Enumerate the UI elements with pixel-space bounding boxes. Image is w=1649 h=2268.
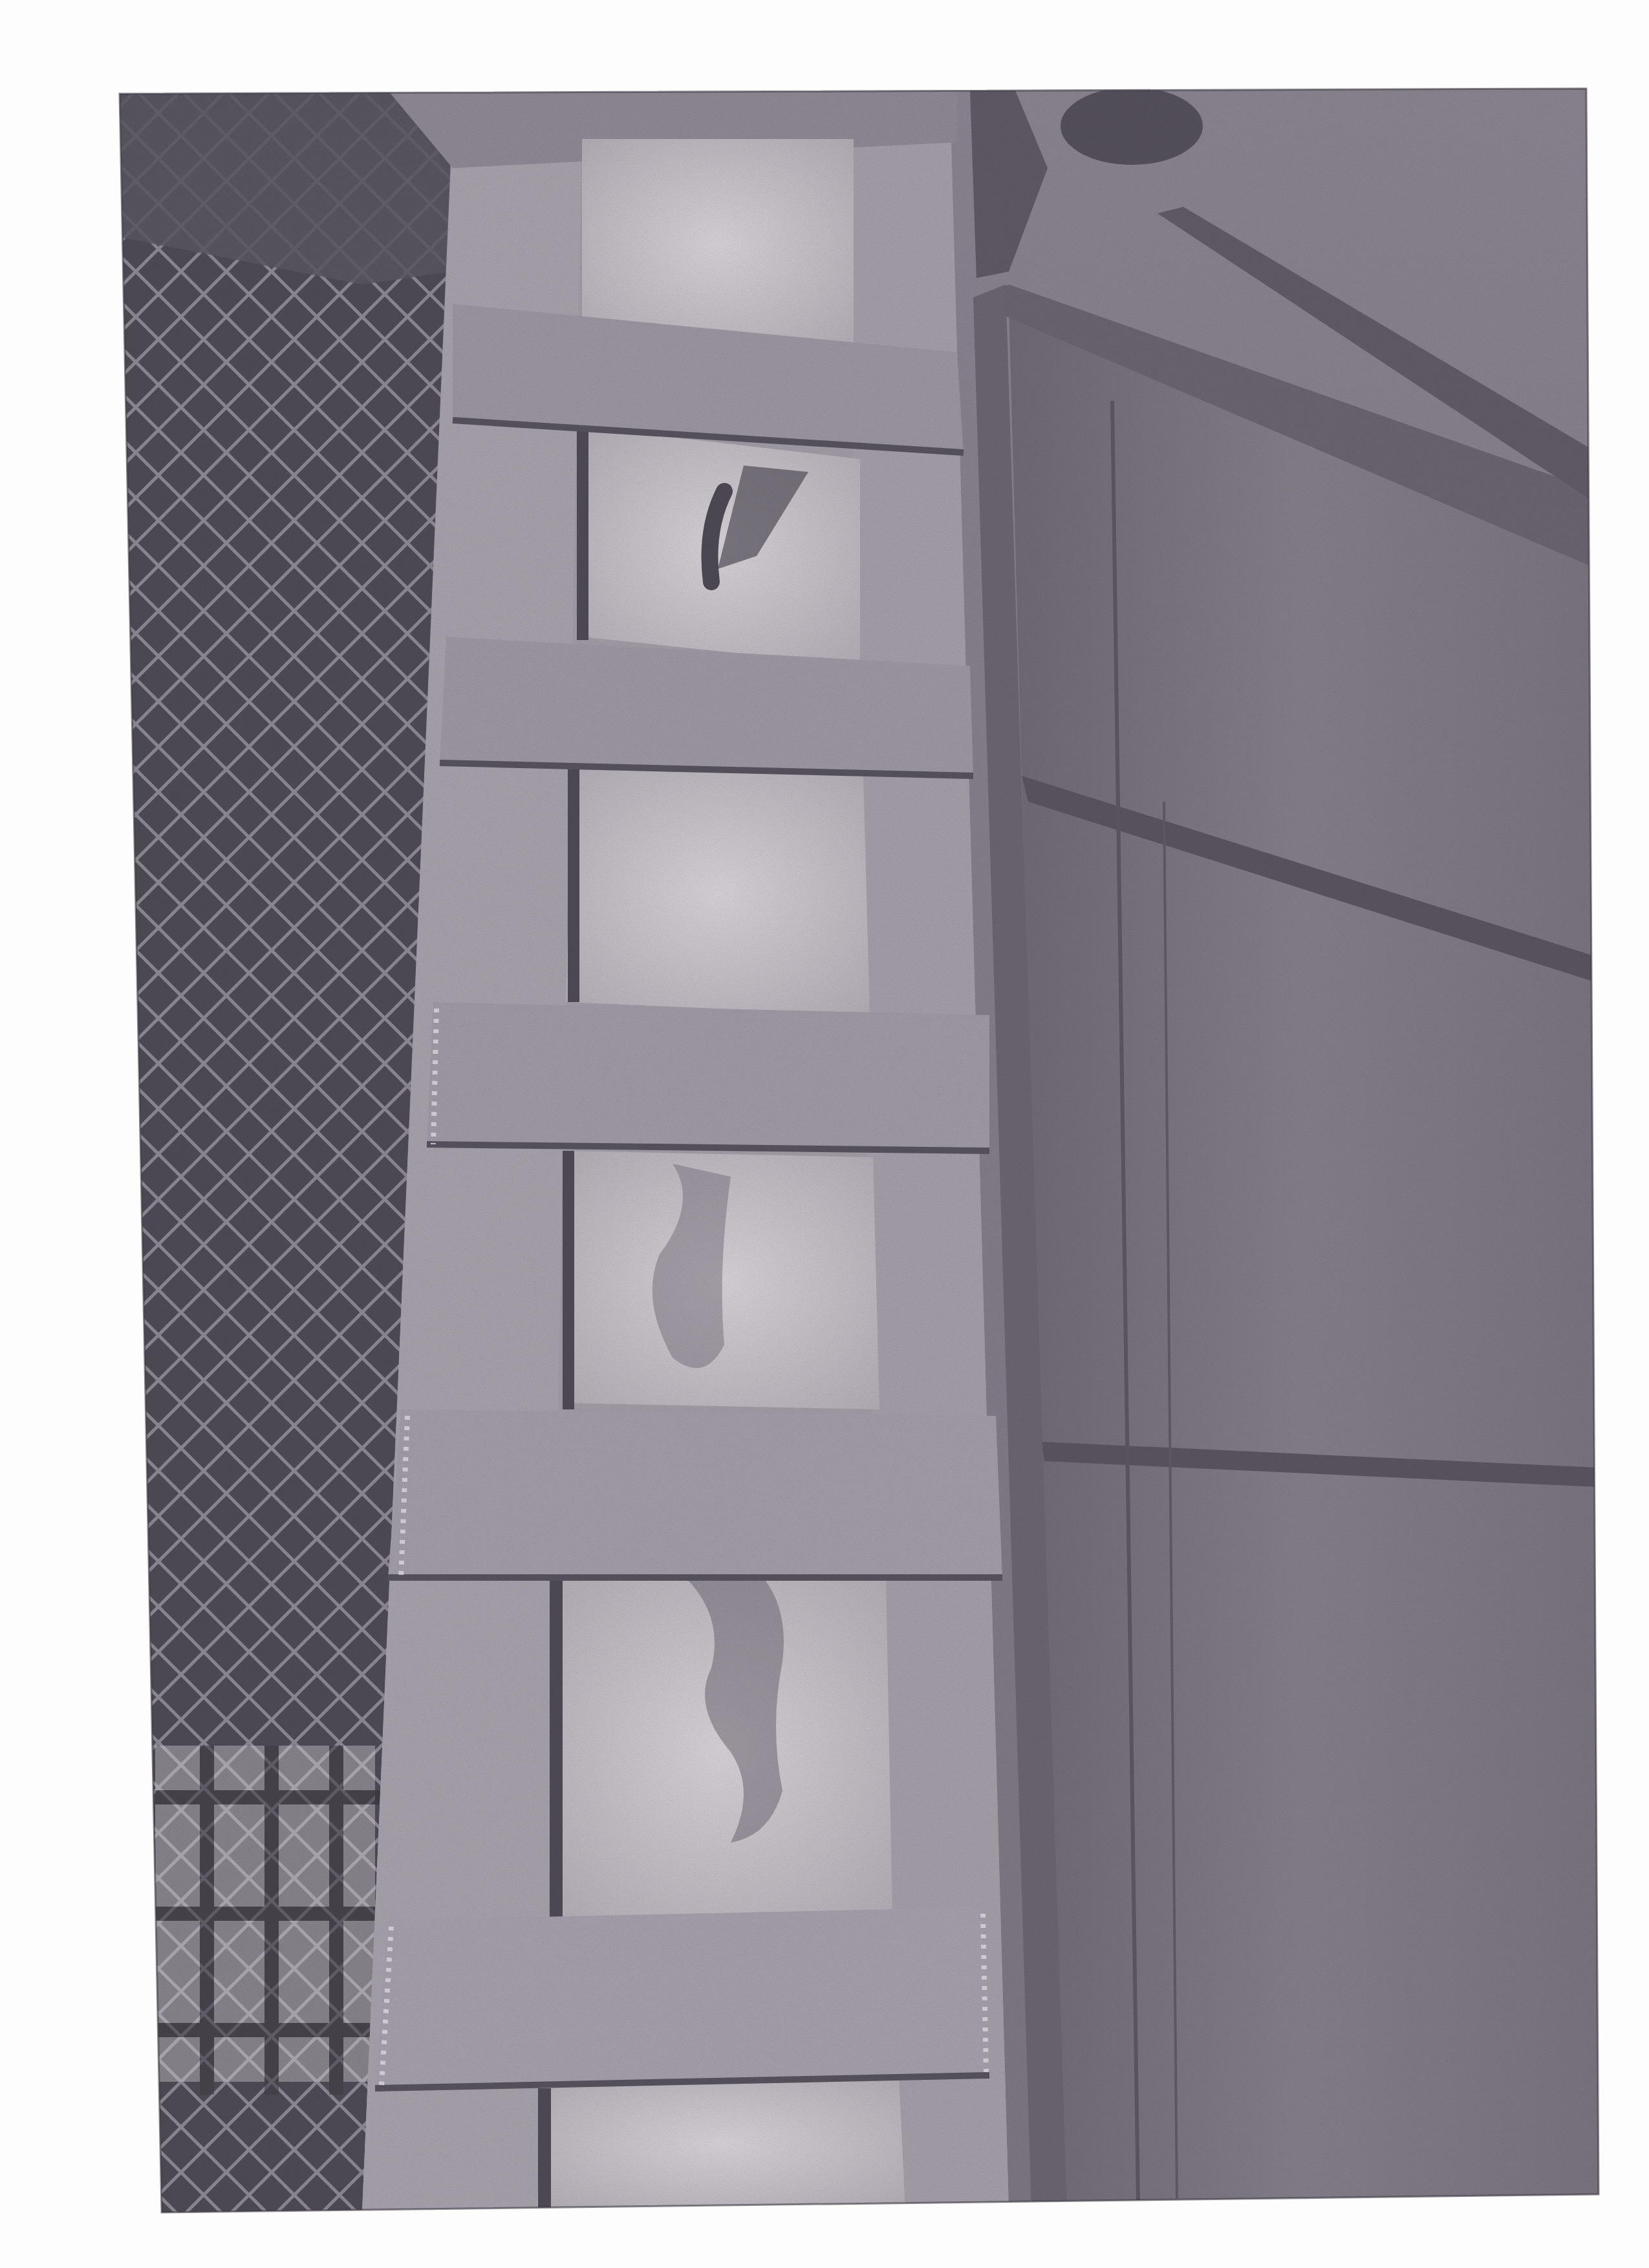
photo-canvas [0, 0, 1649, 2268]
scanned-page: concrete column strengthened with steel … [0, 0, 1649, 2268]
column-strengthening-photo [0, 0, 1649, 2268]
scan-grain [97, 65, 1649, 2263]
